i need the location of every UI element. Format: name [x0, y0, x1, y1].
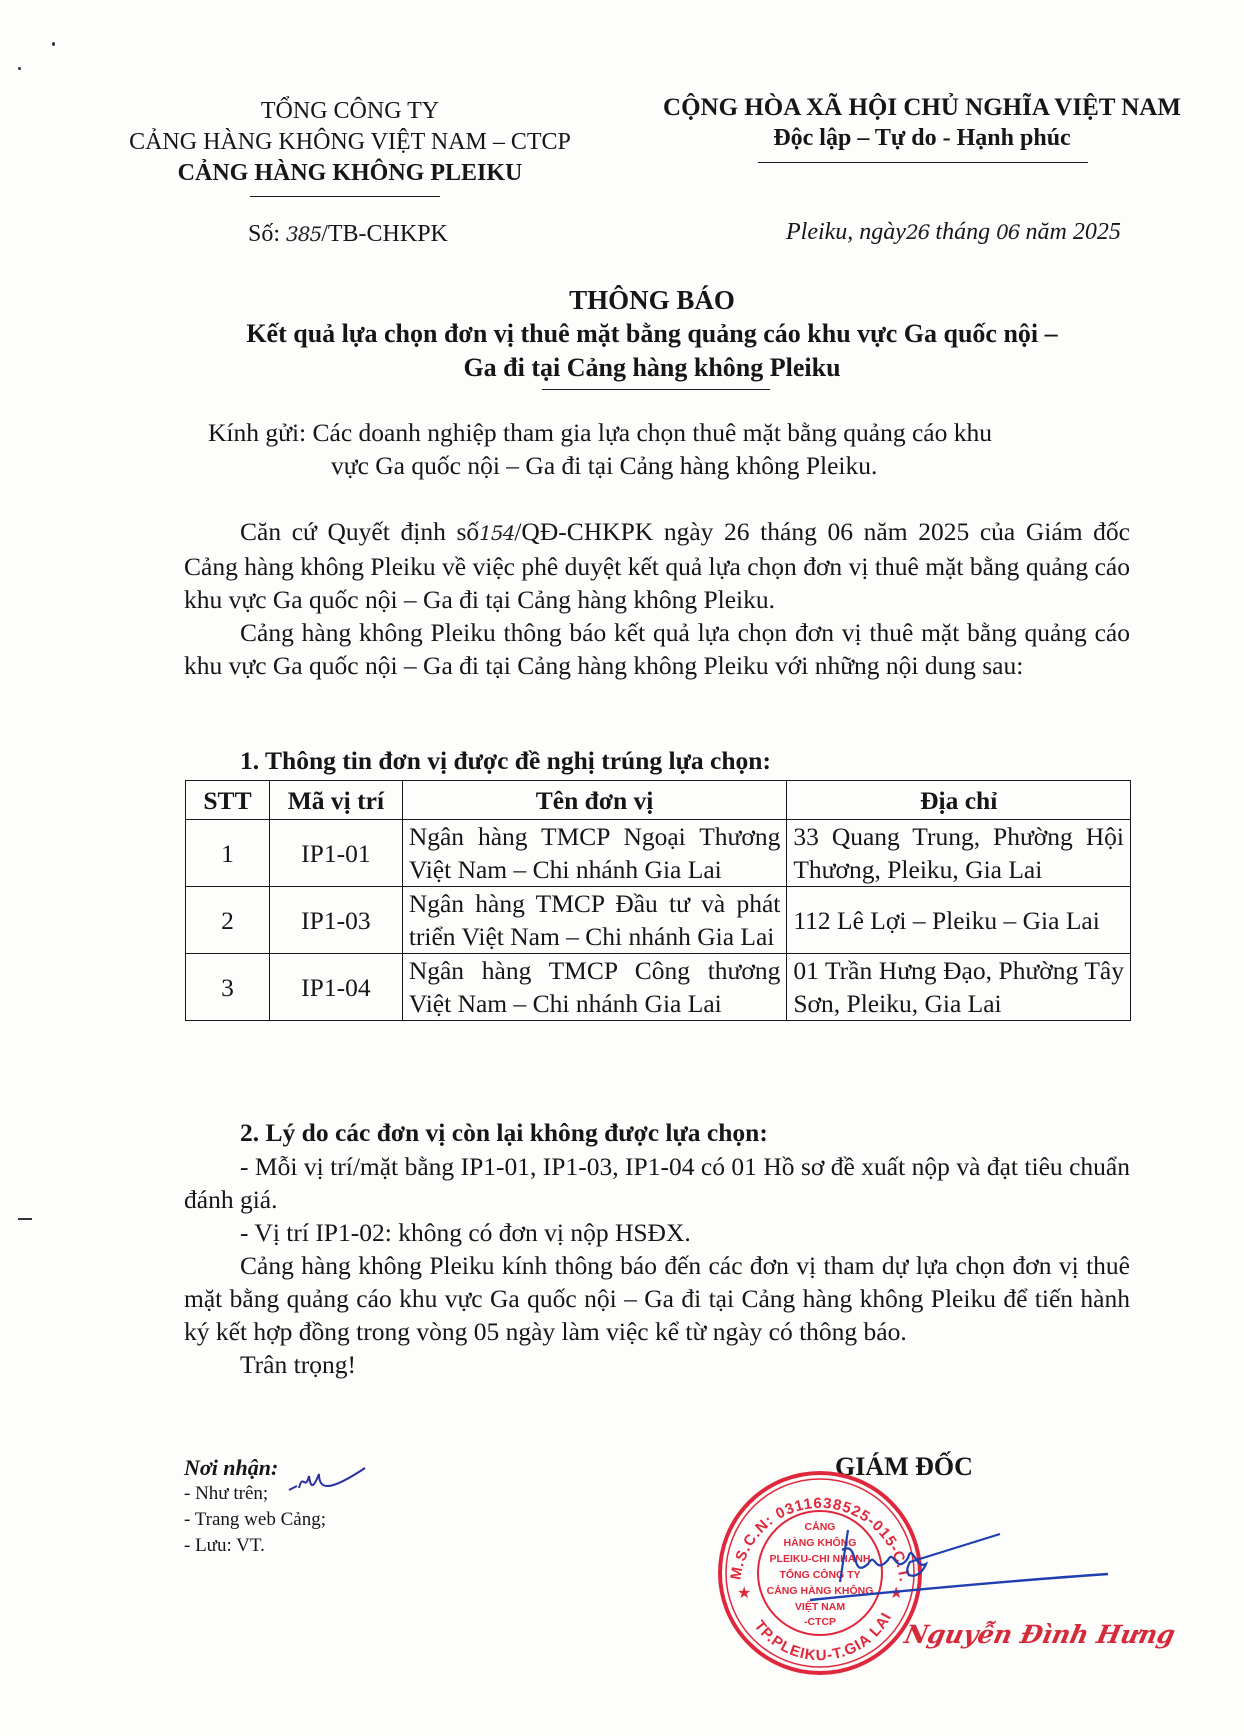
- initial-scribble-icon: [285, 1462, 375, 1502]
- scan-speck: [52, 42, 55, 46]
- national-motto-block: CỘNG HÒA XÃ HỘI CHỦ NGHĨA VIỆT NAM Độc l…: [632, 92, 1212, 154]
- section1-heading: 1. Thông tin đơn vị được đề nghị trúng l…: [240, 746, 771, 776]
- cell-position-code: IP1-03: [269, 887, 402, 954]
- recipient-item: - Trang web Cảng;: [184, 1507, 326, 1533]
- regards: Trân trọng!: [184, 1348, 1130, 1381]
- section2-body: - Mỗi vị trí/mặt bằng IP1-01, IP1-03, IP…: [184, 1150, 1130, 1381]
- column-header: Tên đơn vị: [402, 781, 787, 820]
- handwritten-day: 26: [906, 220, 929, 244]
- cell-address: 33 Quang Trung, Phường Hội Thương, Pleik…: [787, 820, 1131, 887]
- handwritten-signature-icon: [790, 1520, 1130, 1630]
- cell-unit-name: Ngân hàng TMCP Đầu tư và phát triển Việt…: [402, 887, 787, 954]
- closing-paragraph: Cảng hàng không Pleiku kính thông báo đế…: [184, 1249, 1130, 1348]
- svg-text:★: ★: [737, 1585, 751, 1602]
- handwritten-decision-number: 154: [479, 521, 514, 545]
- issuer-parent: TỔNG CÔNG TY: [90, 96, 610, 127]
- signatory-name: Nguyễn Đình Hưng: [902, 1620, 1178, 1649]
- motto-underline: [758, 162, 1088, 163]
- issuer-name: CẢNG HÀNG KHÔNG PLEIKU: [90, 158, 610, 189]
- motto: Độc lập – Tự do - Hạnh phúc: [632, 123, 1212, 154]
- handwritten-month: 06: [996, 220, 1019, 244]
- notice-title: THÔNG BÁO: [180, 283, 1124, 317]
- notice-subject-line1: Kết quả lựa chọn đơn vị thuê mặt bằng qu…: [180, 317, 1124, 351]
- table-header-row: STT Mã vị trí Tên đơn vị Địa chỉ: [186, 781, 1131, 820]
- issuer-block: TỔNG CÔNG TY CẢNG HÀNG KHÔNG VIỆT NAM – …: [90, 96, 610, 189]
- column-header: Mã vị trí: [269, 781, 402, 820]
- scan-speck: [18, 67, 21, 70]
- reason-item: - Vị trí IP1-02: không có đơn vị nộp HSĐ…: [184, 1216, 1130, 1249]
- document-date: Pleiku, ngày26 tháng 06 năm 2025: [786, 219, 1121, 246]
- cell-address: 112 Lê Lợi – Pleiku – Gia Lai: [787, 887, 1131, 954]
- issuer-underline: [250, 196, 440, 197]
- cell-unit-name: Ngân hàng TMCP Ngoại Thương Việt Nam – C…: [402, 820, 787, 887]
- table-row: 1 IP1-01 Ngân hàng TMCP Ngoại Thương Việ…: [186, 820, 1131, 887]
- legal-basis-paragraph: Căn cứ Quyết định số154/QĐ-CHKPK ngày 26…: [184, 515, 1130, 682]
- cell-stt: 1: [186, 820, 270, 887]
- cell-stt: 2: [186, 887, 270, 954]
- issuer-corporation: CẢNG HÀNG KHÔNG VIỆT NAM – CTCP: [90, 127, 610, 158]
- country-name: CỘNG HÒA XÃ HỘI CHỦ NGHĨA VIỆT NAM: [632, 92, 1212, 123]
- handwritten-number: 385: [286, 222, 321, 246]
- cell-stt: 3: [186, 954, 270, 1021]
- cell-address: 01 Trần Hưng Đạo, Phường Tây Sơn, Pleiku…: [787, 954, 1131, 1021]
- document-number: Số: 385/TB-CHKPK: [248, 221, 448, 248]
- recipient-item: - Lưu: VT.: [184, 1533, 326, 1559]
- title-underline: [542, 389, 770, 390]
- announcement-paragraph: Cảng hàng không Pleiku thông báo kết quả…: [184, 616, 1130, 682]
- reason-item: - Mỗi vị trí/mặt bằng IP1-01, IP1-03, IP…: [184, 1150, 1130, 1216]
- column-header: Địa chỉ: [787, 781, 1131, 820]
- table-row: 2 IP1-03 Ngân hàng TMCP Đầu tư và phát t…: [186, 887, 1131, 954]
- notice-subject-line2: Ga đi tại Cảng hàng không Pleiku: [180, 351, 1124, 385]
- selected-units-table: STT Mã vị trí Tên đơn vị Địa chỉ 1 IP1-0…: [185, 780, 1131, 1021]
- table-row: 3 IP1-04 Ngân hàng TMCP Công thương Việt…: [186, 954, 1131, 1021]
- scan-speck: [18, 1218, 32, 1220]
- recipient-address: Kính gửi: Các doanh nghiệp tham gia lựa …: [208, 416, 1130, 482]
- column-header: STT: [186, 781, 270, 820]
- notice-title-block: THÔNG BÁO Kết quả lựa chọn đơn vị thuê m…: [180, 283, 1124, 385]
- section2-heading: 2. Lý do các đơn vị còn lại không được l…: [240, 1118, 768, 1148]
- cell-unit-name: Ngân hàng TMCP Công thương Việt Nam – Ch…: [402, 954, 787, 1021]
- cell-position-code: IP1-01: [269, 820, 402, 887]
- cell-position-code: IP1-04: [269, 954, 402, 1021]
